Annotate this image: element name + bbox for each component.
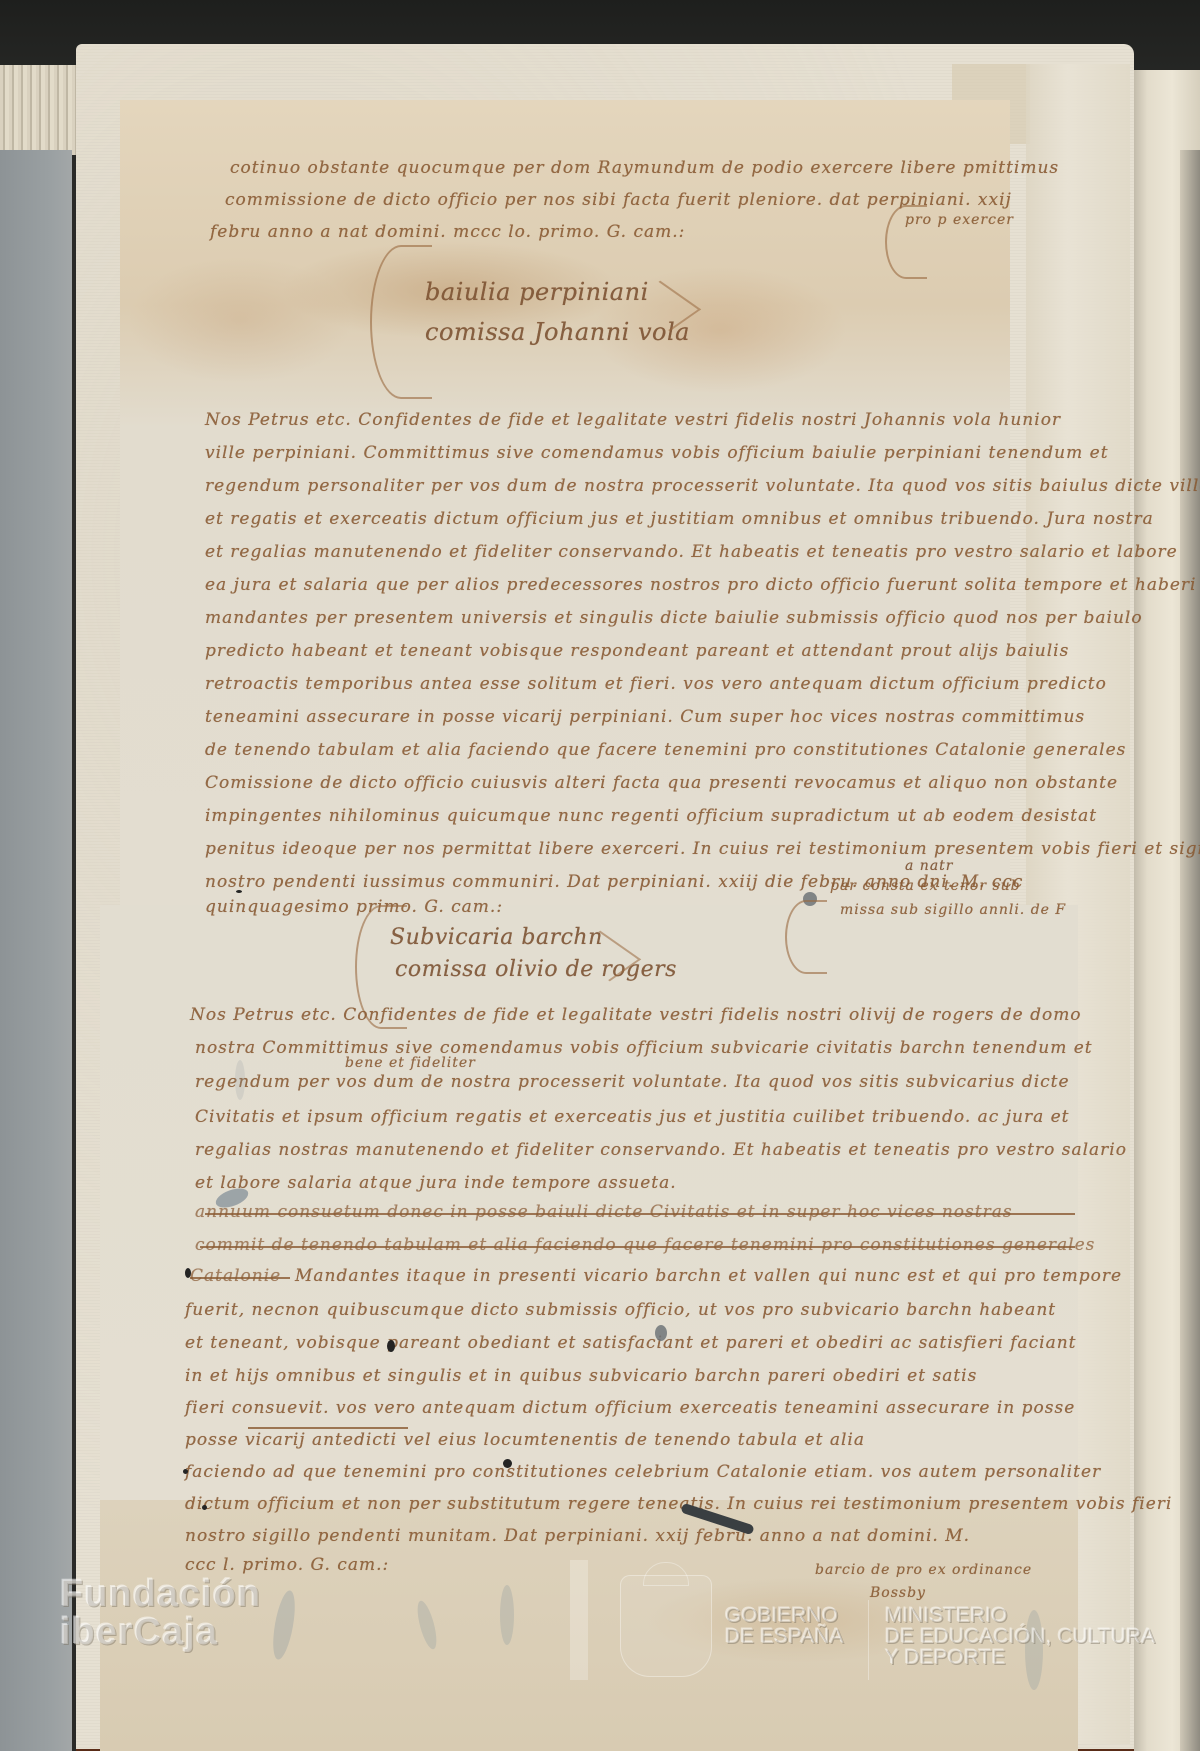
text-line: regendum per vos dum de nostra processer…	[195, 1072, 1070, 1092]
water-stain	[500, 1585, 514, 1645]
text-line: commissione de dicto officio per nos sib…	[225, 190, 1012, 210]
ministerio-watermark: MINISTERIO DE EDUCACIÓN, CULTURA Y DEPOR…	[885, 1605, 1155, 1668]
text-line: mandantes per presentem universis et sin…	[205, 608, 1143, 628]
heading-subtitle: comissa Johanni vola	[425, 318, 690, 346]
text-line: posse vicarij antedicti vel eius locumte…	[185, 1430, 865, 1450]
struck-text-line: commit de tenendo tabulam et alia facien…	[195, 1235, 1095, 1255]
ink-blot	[183, 1469, 188, 1474]
text-line: Civitatis et ipsum officium regatis et e…	[195, 1107, 1070, 1127]
closing-note: par consta ex tenor sub	[830, 878, 1021, 894]
closing-note: missa sub sigillo annli. de F	[840, 902, 1066, 918]
text-line: teneamini assecurare in posse vicarij pe…	[205, 707, 1085, 727]
struck-text-line: annuum consuetum donec in posse baiuli d…	[195, 1202, 1013, 1222]
text-line: dictum officium et non per substitutum r…	[185, 1494, 1172, 1514]
text-line: faciendo ad que tenemini pro constitutio…	[185, 1462, 1101, 1482]
text-line: penitus ideoque per nos permittat libere…	[205, 839, 1200, 859]
closing-note: Bossby	[870, 1585, 926, 1601]
strikethrough	[248, 1427, 408, 1429]
text-line: febru anno a nat domini. mccc lo. primo.…	[210, 222, 685, 242]
watermark-text: DE EDUCACIÓN, CULTURA	[885, 1626, 1155, 1647]
watermark-text: DE ESPAÑA	[725, 1626, 844, 1647]
interlinear-insertion: bene et fideliter	[345, 1055, 476, 1071]
ink-blot	[185, 1268, 191, 1278]
flag-bar-icon	[570, 1560, 588, 1680]
watermark-text: GOBIERNO	[725, 1605, 844, 1626]
text-line: nostro sigillo pendenti munitam. Dat per…	[185, 1526, 970, 1546]
bracket-mark	[785, 900, 827, 974]
ink-blot	[202, 1505, 207, 1510]
grey-mount-board	[0, 150, 72, 1751]
book-page-edges	[0, 65, 85, 155]
text-line: regalias nostras manutenendo et fidelite…	[195, 1140, 1127, 1160]
text-line: retroactis temporibus antea esse solitum…	[205, 674, 1107, 694]
interlinear-insertion: a natr	[905, 858, 953, 874]
text-line: fieri consuevit. vos vero antequam dictu…	[185, 1398, 1075, 1418]
text-line: et regalias manutenendo et fideliter con…	[205, 542, 1178, 562]
strikethrough	[200, 1246, 1075, 1248]
text-line: predicto habeant et teneant vobisque res…	[205, 641, 1069, 661]
text-line: et labore salaria atque jura inde tempor…	[195, 1173, 677, 1193]
watermark-text: iberCaja	[60, 1613, 261, 1651]
text-line: nostra Committimus sive comendamus vobis…	[195, 1038, 1093, 1058]
heading-title: Subvicaria barchn	[390, 925, 603, 950]
watermark-text: Fundación	[60, 1575, 261, 1613]
watermark-divider	[868, 1600, 869, 1680]
margin-note: pro p exercer	[905, 212, 1014, 228]
gobierno-watermark: GOBIERNO DE ESPAÑA	[725, 1605, 844, 1647]
text-line: Comissione de dicto officio cuiusvis alt…	[205, 773, 1118, 793]
strikethrough	[190, 1277, 290, 1279]
binding-shadow	[1180, 150, 1200, 1751]
text-line: Nos Petrus etc. Confidentes de fide et l…	[205, 410, 1061, 430]
fundacion-ibercaja-watermark: Fundación iberCaja	[60, 1575, 261, 1651]
text-line: Nos Petrus etc. Confidentes de fide et l…	[190, 1005, 1082, 1025]
strikethrough	[205, 1213, 1075, 1215]
text-line: quinquagesimo primo. G. cam.:	[205, 897, 503, 917]
heading-title: baiulia perpiniani	[425, 278, 649, 306]
watermark-text: MINISTERIO	[885, 1605, 1155, 1626]
text-line: fuerit, necnon quibuscumque dicto submis…	[185, 1300, 1056, 1320]
closing-note: barcio de pro ex ordinance	[815, 1562, 1032, 1578]
ink-blot	[236, 890, 242, 893]
heading-bracket	[370, 245, 432, 399]
text-line: de tenendo tabulam et alia faciendo que …	[205, 740, 1126, 760]
text-line: Mandantes itaque in presenti vicario bar…	[295, 1266, 1122, 1286]
text-line: et regatis et exerceatis dictum officium…	[205, 509, 1154, 529]
struck-text-line: Catalonie	[190, 1266, 281, 1286]
coat-of-arms-icon	[620, 1575, 712, 1677]
text-line: ville perpiniani. Committimus sive comen…	[205, 443, 1109, 463]
text-line: impingentes nihilominus quicumque nunc r…	[205, 806, 1097, 826]
ink-blot	[655, 1325, 667, 1341]
text-line: et teneant, vobisque pareant obediant et…	[185, 1333, 1077, 1353]
watermark-text: Y DEPORTE	[885, 1647, 1155, 1668]
ink-blot	[503, 1459, 512, 1468]
ink-blot	[387, 1340, 395, 1352]
text-line: ea jura et salaria que per alios predece…	[205, 575, 1196, 595]
stain	[235, 1060, 245, 1100]
text-line: cotinuo obstante quocumque per dom Raymu…	[230, 158, 1059, 178]
text-line: regendum personaliter per vos dum de nos…	[205, 476, 1200, 496]
text-line: ccc l. primo. G. cam.:	[185, 1555, 389, 1575]
text-line: in et hijs omnibus et singulis et in qui…	[185, 1366, 977, 1386]
